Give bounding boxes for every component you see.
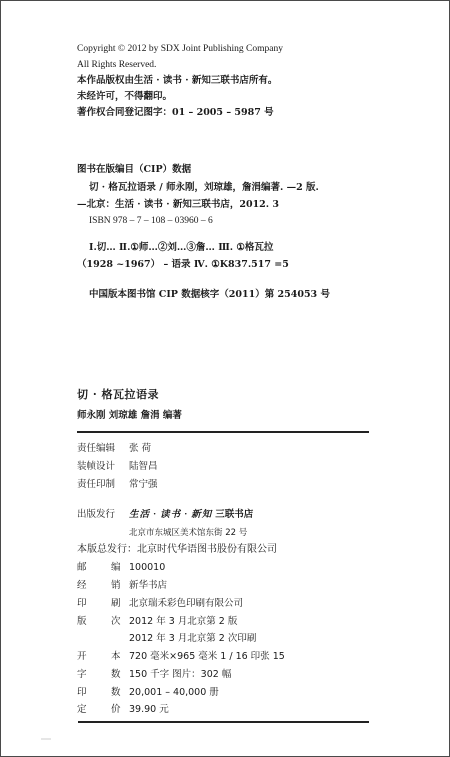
contract-registration: 著作权合同登记图字：01 – 2005 – 5987 号 [77, 107, 274, 119]
publisher-row: 出版发行生活 · 读书 · 新知 三联书店 [77, 509, 253, 521]
book-authors: 师永刚 刘琼雄 詹涓 编著 [77, 410, 182, 422]
copyright-line: Copyright © 2012 by SDX Joint Publishing… [77, 43, 283, 55]
credit-label: 装帧设计 [77, 461, 129, 473]
credit-value: 张 荷 [129, 443, 151, 454]
credit-value: 常宁强 [129, 479, 158, 490]
cip-verification: 中国版本图书馆 CIP 数据核字（2011）第 254053 号 [89, 289, 330, 301]
detail-word-count: 字数150 千字 图片：302 幅 [77, 669, 231, 681]
publisher-logo: 生活 · 读书 · 新知 [129, 510, 212, 520]
detail-key: 定 [77, 704, 111, 716]
detail-price: 定价39.90 元 [77, 704, 169, 716]
detail-key: 次 [111, 616, 129, 628]
credit-label: 责任编辑 [77, 443, 129, 455]
cip-classification-1: Ⅰ.切… Ⅱ.①师…②刘…③詹… Ⅲ. ①格瓦拉 [89, 242, 273, 254]
credit-value: 陆智昌 [129, 461, 158, 472]
detail-value: 39.90 元 [129, 704, 169, 715]
detail-key: 数 [111, 687, 129, 699]
detail-key: 数 [111, 669, 129, 681]
detail-key: 刷 [111, 598, 129, 610]
detail-key: 本 [111, 651, 129, 663]
distributor-value: 北京时代华语图书股份有限公司 [137, 544, 277, 555]
book-title: 切 · 格瓦拉语录 [77, 389, 159, 401]
detail-format: 开本720 毫米×965 毫米 1 / 16 印张 15 [77, 651, 285, 663]
detail-value: 150 千字 图片：302 幅 [129, 669, 231, 680]
detail-printing: 2012 年 3 月北京第 2 次印刷 [77, 633, 256, 645]
credit-designer: 装帧设计陆智昌 [77, 461, 158, 473]
detail-key: 邮 [77, 562, 111, 574]
detail-value: 100010 [129, 562, 165, 573]
copyright-page: Copyright © 2012 by SDX Joint Publishing… [0, 0, 450, 757]
detail-value: 新华书店 [129, 580, 167, 591]
detail-value: 720 毫米×965 毫米 1 / 16 印张 15 [129, 651, 285, 662]
detail-value: 20,001 – 40,000 册 [129, 687, 219, 698]
detail-key: 经 [77, 580, 111, 592]
detail-edition: 版次2012 年 3 月北京第 2 版 [77, 616, 237, 628]
rights-reserved: All Rights Reserved. [77, 59, 156, 71]
detail-key: 价 [111, 704, 129, 716]
detail-value: 2012 年 3 月北京第 2 版 [129, 616, 237, 627]
scan-artifact [41, 738, 51, 740]
credit-label: 责任印制 [77, 479, 129, 491]
detail-key: 销 [111, 580, 129, 592]
detail-value: 北京瑞禾彩色印刷有限公司 [129, 598, 243, 609]
divider-top [77, 431, 369, 433]
detail-printer: 印刷北京瑞禾彩色印刷有限公司 [77, 598, 243, 610]
publisher-label: 出版发行 [77, 509, 129, 521]
isbn: ISBN 978 – 7 – 108 – 03960 – 6 [89, 215, 213, 227]
cip-classification-2: （1928 ~1967） – 语录 Ⅳ. ①K837.517 =5 [77, 259, 289, 271]
copyright-owner: 本作品版权由生活 · 读书 · 新知三联书店所有。 [77, 75, 277, 87]
detail-key: 字 [77, 669, 111, 681]
detail-key: 编 [111, 562, 129, 574]
publisher-name: 三联书店 [215, 509, 253, 520]
detail-key: 印 [77, 687, 111, 699]
detail-distribution: 经销新华书店 [77, 580, 167, 592]
cip-line-2: —北京：生活 · 读书 · 新知三联书店，2012. 3 [77, 199, 279, 211]
detail-key: 印 [77, 598, 111, 610]
divider-bottom [78, 721, 369, 723]
cip-line-1: 切 · 格瓦拉语录 / 师永刚，刘琼雄，詹涓编著. —2 版. [89, 182, 319, 194]
reprint-notice: 未经许可，不得翻印。 [77, 91, 172, 103]
detail-key: 开 [77, 651, 111, 663]
credit-editor: 责任编辑张 荷 [77, 443, 151, 455]
distributor-row: 本版总发行：北京时代华语图书股份有限公司 [77, 544, 277, 556]
credit-printing: 责任印制常宁强 [77, 479, 158, 491]
publisher-address: 北京市东城区美术馆东街 22 号 [129, 527, 247, 539]
detail-key: 版 [77, 616, 111, 628]
detail-postcode: 邮编100010 [77, 562, 165, 574]
cip-heading: 图书在版编目（CIP）数据 [77, 164, 191, 176]
detail-print-run: 印数20,001 – 40,000 册 [77, 687, 219, 699]
detail-value: 2012 年 3 月北京第 2 次印刷 [129, 633, 256, 644]
distributor-label: 本版总发行： [77, 544, 137, 555]
